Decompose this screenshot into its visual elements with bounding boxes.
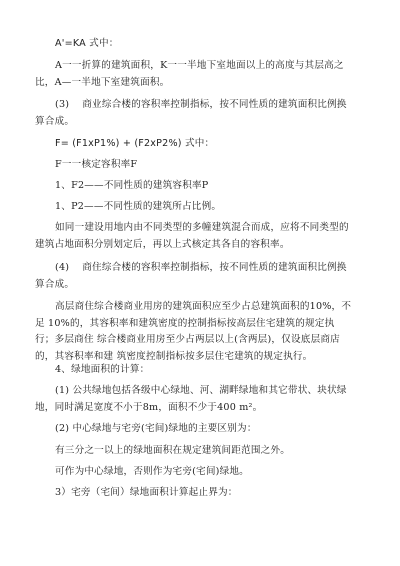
- green-1-paragraph: (1) 公共绿地包括各级中心绿地、河、湖畔绿地和其它带状、块状绿地，同时满足宽度…: [35, 383, 353, 416]
- item-4-paragraph: (4) 商住综合楼的容积率控制指标，按不同性质的建筑面积比例换算合成。: [35, 260, 353, 293]
- document-page: A'=KA 式中： A一一折算的建筑面积，K一一半地下室地面以上的高度与其层高之…: [0, 0, 400, 566]
- definition-p2-line: 1、P2——不同性质的建筑所占比例。: [35, 199, 353, 216]
- green-3-line: 3）宅旁（宅间）绿地面积计算起止界为：: [35, 485, 353, 502]
- green-2a-line: 有三分之一以上的绿地面积在规定建筑间距范围之外。: [35, 443, 353, 460]
- definition-a-paragraph: A一一折算的建筑面积，K一一半地下室地面以上的高度与其层高之比，A—一半地下室建…: [35, 58, 353, 91]
- formula-f-line: F= (F1xP1%) + (F2xP2%) 式中：: [35, 136, 353, 153]
- definition-f2-line: 1、F2——不同性质的建筑容积率P: [35, 178, 353, 195]
- section-4-heading: 4、绿地面积的计算：: [35, 362, 353, 379]
- mixed-use-note-paragraph: 如同一建设用地内由不同类型的多幢建筑混合而成，应将不同类型的建筑占地面积分别划定…: [35, 220, 353, 253]
- definition-f-line: F一一核定容积率F: [35, 157, 353, 174]
- item-3-paragraph: (3) 商业综合楼的容积率控制指标，按不同性质的建筑面积比例换算合成。: [35, 97, 353, 130]
- green-2b-line: 可作为中心绿地，否则作为宅旁(宅间)绿地。: [35, 464, 353, 481]
- highrise-rule-paragraph: 高层商住综合楼商业用房的建筑面积应至少占总建筑面积的10%，不足 10%的，其容…: [35, 299, 353, 365]
- formula-a-line: A'=KA 式中：: [35, 36, 353, 53]
- green-2-line: (2) 中心绿地与宅旁(宅间)绿地的主要区别为：: [35, 421, 353, 438]
